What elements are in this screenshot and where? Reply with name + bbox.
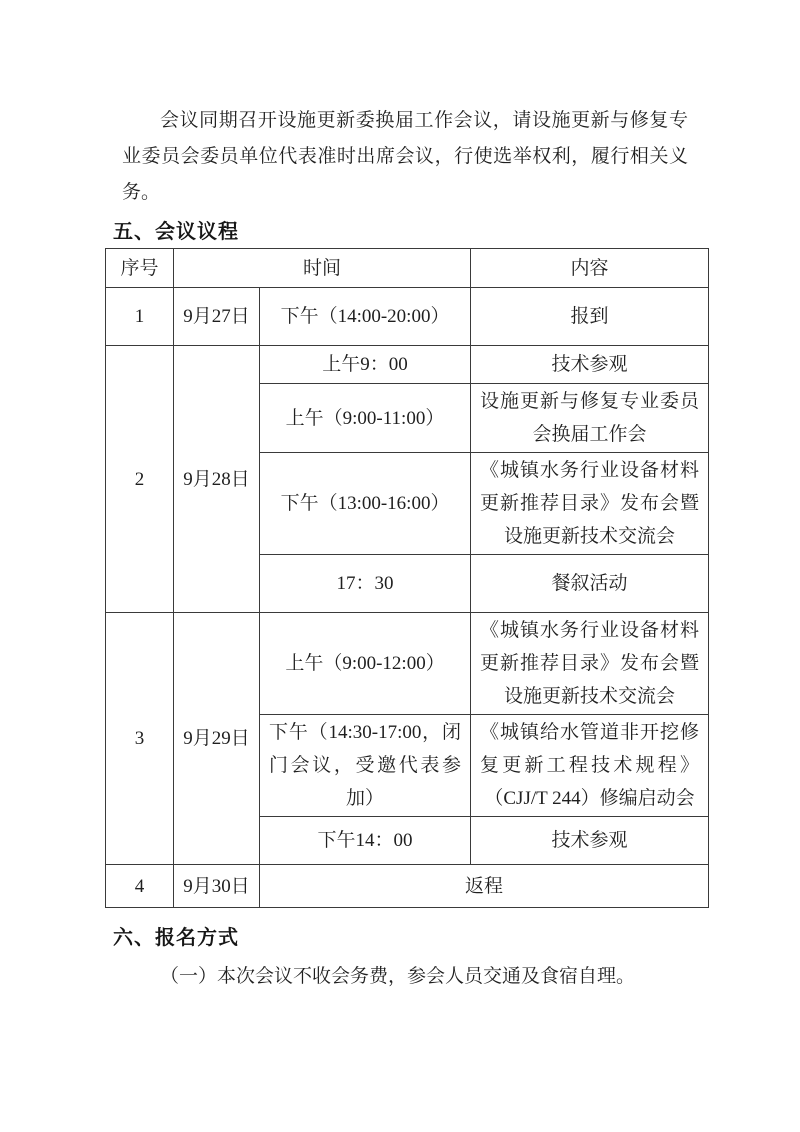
time-cell: 上午（9:00-11:00）	[260, 384, 471, 453]
table-row-day4: 4 9月30日 返程	[106, 865, 709, 908]
time-cell: 下午（14:00-20:00）	[260, 288, 471, 346]
table-row-day2-slot1: 2 9月28日 上午9：00 技术参观	[106, 346, 709, 384]
header-cell-time: 时间	[174, 249, 471, 288]
header-cell-content: 内容	[471, 249, 709, 288]
index-cell: 1	[106, 288, 174, 346]
header-cell-index: 序号	[106, 249, 174, 288]
section-heading-agenda: 五、会议议程	[113, 219, 800, 245]
content-cell: 设施更新与修复专业委员会换届工作会	[471, 384, 709, 453]
index-cell: 2	[106, 346, 174, 613]
content-cell: 技术参观	[471, 817, 709, 865]
index-cell: 4	[106, 865, 174, 908]
intro-paragraph: 会议同期召开设施更新委换届工作会议，请设施更新与修复专业委员会委员单位代表准时出…	[122, 103, 688, 211]
document-page: 会议同期召开设施更新委换届工作会议，请设施更新与修复专业委员会委员单位代表准时出…	[0, 0, 800, 1132]
date-cell: 9月28日	[174, 346, 260, 613]
content-cell: 技术参观	[471, 346, 709, 384]
date-cell: 9月30日	[174, 865, 260, 908]
merged-content-cell: 返程	[260, 865, 709, 908]
time-cell: 下午（14:30-17:00，闭门会议，受邀代表参加）	[260, 715, 471, 817]
time-cell: 17：30	[260, 555, 471, 613]
content-cell: 餐叙活动	[471, 555, 709, 613]
registration-paragraph: （一）本次会议不收会务费，参会人员交通及食宿自理。	[122, 959, 688, 995]
time-cell: 上午（9:00-12:00）	[260, 613, 471, 715]
content-cell: 《城镇给水管道非开挖修复更新工程技术规程》（CJJ/T 244）修编启动会	[471, 715, 709, 817]
content-cell: 报到	[471, 288, 709, 346]
time-cell: 上午9：00	[260, 346, 471, 384]
content-cell: 《城镇水务行业设备材料更新推荐目录》发布会暨设施更新技术交流会	[471, 453, 709, 555]
time-cell: 下午（13:00-16:00）	[260, 453, 471, 555]
content-cell: 《城镇水务行业设备材料更新推荐目录》发布会暨设施更新技术交流会	[471, 613, 709, 715]
table-row-day1: 1 9月27日 下午（14:00-20:00） 报到	[106, 288, 709, 346]
index-cell: 3	[106, 613, 174, 865]
date-cell: 9月29日	[174, 613, 260, 865]
time-cell: 下午14：00	[260, 817, 471, 865]
table-row-day3-slot1: 3 9月29日 上午（9:00-12:00） 《城镇水务行业设备材料更新推荐目录…	[106, 613, 709, 715]
section-heading-signup: 六、报名方式	[113, 925, 800, 951]
date-cell: 9月27日	[174, 288, 260, 346]
agenda-header-row: 序号 时间 内容	[106, 249, 709, 288]
agenda-table: 序号 时间 内容 1 9月27日 下午（14:00-20:00） 报到 2 9月…	[105, 248, 709, 908]
